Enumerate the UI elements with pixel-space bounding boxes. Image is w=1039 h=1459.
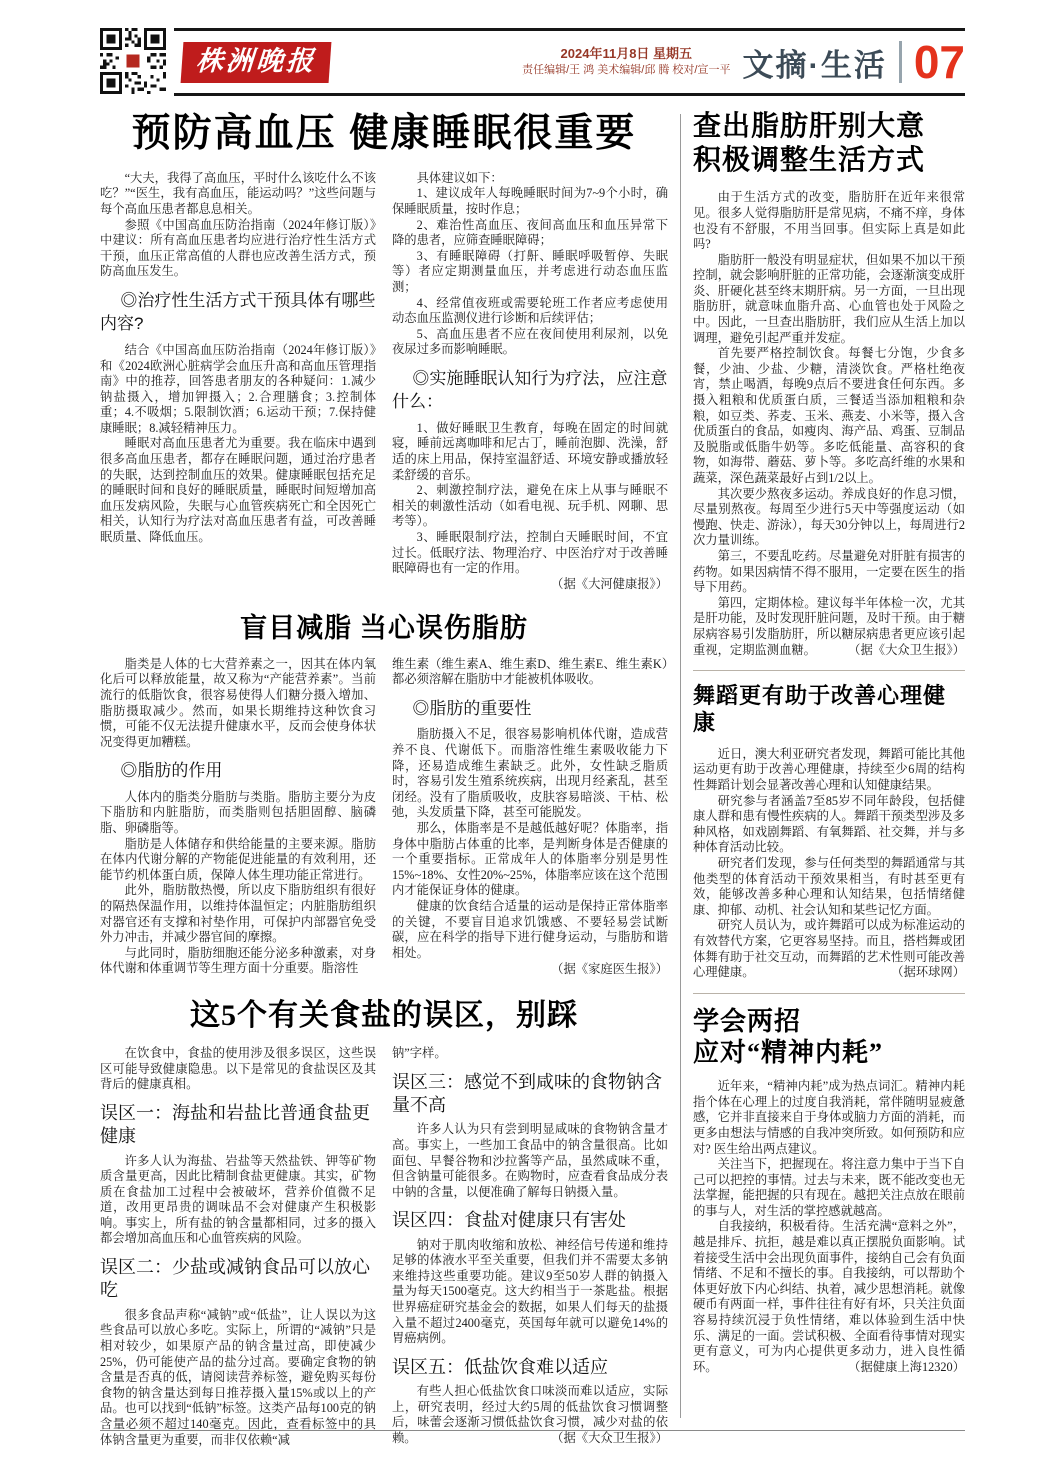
- article-title-line1: 查出脂肪肝别大意: [693, 110, 965, 144]
- paragraph: 睡眠对高血压患者尤为重要。我在临床中遇到很多高血压患者，都存在睡眠问题，通过治疗…: [100, 436, 376, 545]
- paragraph: 关注当下，把握现在。将注意力集中于当下自己可以把控的事情。过去与未来，既不能改变…: [693, 1157, 965, 1219]
- header-rule-band: 株洲晚报 2024年11月8日 星期五 责任编辑/王 鸿 美术编辑/邱 腾 校对…: [174, 28, 965, 96]
- vertical-column-divider: [680, 114, 681, 1418]
- paragraph: 3、有睡眠障碍（打鼾、睡眠呼吸暂停、失眠等）者应定期测量血压，并考虑进行动态血压…: [392, 249, 668, 296]
- article-title: 查出脂肪肝别大意 积极调整生活方式: [693, 110, 965, 178]
- paragraph: 3、睡眠限制疗法，控制白天睡眠时间，不宜过长。低眠疗法、物理治疗、中医治疗对于改…: [392, 530, 668, 577]
- credits-text: 责任编辑/王 鸿 美术编辑/邱 腾 校对/宣一平: [522, 63, 730, 79]
- attribution: （据健康上海12320）: [824, 1360, 965, 1376]
- paragraph: 有些人担心低盐饮食口味淡而难以适应，实际上，研究表明，经过大约5周的低盐饮食习惯…: [392, 1384, 668, 1446]
- paragraph: 脂类是人体的七大营养素之一，因其在体内氧化后可以释放能量，故又称为“产能营养素”…: [100, 657, 376, 751]
- article-column-2: 具体建议如下：1、建议成年人每晚睡眠时间为7~9个小时，确保睡眠质量，按时作息；…: [392, 171, 668, 593]
- masthead-logo: 株洲晚报: [181, 42, 332, 83]
- paragraph: 首先要严格控制饮食。每餐七分饱，少食多餐，少油、少盐、少糖，清淡饮食。严格杜绝夜…: [693, 346, 965, 486]
- paragraph: 参照《中国高血压防治指南（2024年修订版）》中建议：所有高血压患者均应进行治疗…: [100, 218, 376, 280]
- section-divider-bar: [899, 41, 902, 83]
- attribution: （据《大众卫生报》）: [527, 1431, 668, 1447]
- article-title-line2: 应对“精神内耗”: [693, 1037, 965, 1069]
- paragraph: 2、难治性高血压、夜间高血压和血压异常下降的患者，应筛查睡眠障碍；: [392, 218, 668, 249]
- paragraph: 很多食品声称“减钠”或“低盐”，让人误以为这些食品可以放心多吃。实际上，所谓的“…: [100, 1308, 376, 1448]
- article-column-2: 维生素（维生素A、维生素D、维生素E、维生素K）都必须溶解在脂肪中才能被机体吸收…: [392, 657, 668, 978]
- paragraph: 由于生活方式的改变，脂肪肝在近年来很常见。很多人觉得脂肪肝是常见病，不痛不痒，身…: [693, 190, 965, 252]
- misconception-subhead: 误区一：海盐和岩盐比普通食盐更健康: [100, 1102, 376, 1149]
- page-number: 07: [914, 39, 965, 85]
- misconception-subhead: 误区三：感觉不到咸味的食物钠含量不高: [392, 1071, 668, 1118]
- section-subhead: ◎脂肪的作用: [100, 759, 376, 782]
- paragraph: 第四，定期体检。建议每半年体检一次，尤其是肝功能，及时发现肝脏问题，及时干预。由…: [693, 596, 965, 658]
- paragraph: 4、经常值夜班或需要轮班工作者应考虑使用动态血压监测仪进行诊断和后续评估；: [392, 296, 668, 327]
- article-column-1: 在饮食中，食盐的使用涉及很多误区，这些误区可能导致健康隐患。以下是常见的食盐误区…: [100, 1046, 376, 1448]
- header-right-group: 2024年11月8日 星期五 责任编辑/王 鸿 美术编辑/邱 腾 校对/宣一平 …: [522, 39, 965, 85]
- section-title: 文摘·生活: [743, 40, 887, 85]
- attribution: （据《家庭医生报》）: [392, 962, 668, 978]
- article-title: 舞蹈更有助于改善心理健康: [693, 683, 965, 737]
- misconception-subhead: 误区五：低盐饮食难以适应: [392, 1356, 668, 1379]
- paragraph-continuation: 维生素（维生素A、维生素D、维生素E、维生素K）都必须溶解在脂肪中才能被机体吸收…: [392, 657, 668, 688]
- paragraph: 研究者们发现，参与任何类型的舞蹈通常与其他类型的体育活动干预效果相当，有时甚至更…: [693, 856, 965, 918]
- article-columns: 在饮食中，食盐的使用涉及很多误区，这些误区可能导致健康隐患。以下是常见的食盐误区…: [100, 1046, 668, 1448]
- article-mental-friction: 学会两招 应对“精神内耗” 近年来，“精神内耗”成为热点词汇。精神内耗指个体在心…: [693, 1006, 965, 1376]
- article-body: 由于生活方式的改变，脂肪肝在近年来很常见。很多人觉得脂肪肝是常见病，不痛不痒，身…: [693, 190, 965, 658]
- paragraph-continuation: 钠”字样。: [392, 1046, 668, 1062]
- paragraph: 自我接纳，积极看待。生活充满“意料之外”，越是排斥、抗拒，越是难以真正摆脱负面影…: [693, 1219, 965, 1375]
- article-dance-mental-health: 舞蹈更有助于改善心理健康 近日，澳大利亚研究者发现，舞蹈可能比其他运动更有助于改…: [693, 683, 965, 981]
- paragraph: 5、高血压患者不应在夜间使用利尿剂，以免夜尿过多而影响睡眠。: [392, 327, 668, 358]
- paragraph: 具体建议如下：: [392, 171, 668, 187]
- paragraph: 钠对于肌肉收缩和放松、神经信号传递和维持足够的体液水平至关重要，但我们并不需要太…: [392, 1238, 668, 1347]
- paragraph: 脂肪肝一般没有明显症状，但如果不加以干预控制，就会影响肝脏的正常功能，会逐渐演变…: [693, 253, 965, 347]
- page-header: 株洲晚报 2024年11月8日 星期五 责任编辑/王 鸿 美术编辑/邱 腾 校对…: [100, 28, 965, 96]
- paragraph: “大夫，我得了高血压，平时什么该吃什么不该吃？”“医生，我有高血压，能运动吗？”…: [100, 171, 376, 218]
- paragraph: 1、做好睡眠卫生教育，每晚在固定的时间就寝，睡前远离咖啡和尼古丁，睡前泡脚、洗澡…: [392, 421, 668, 483]
- article-title: 这5个有关食盐的误区，别踩: [100, 998, 668, 1034]
- article-title: 学会两招 应对“精神内耗”: [693, 1006, 965, 1069]
- paragraph: 研究参与者涵盖7至85岁不同年龄段，包括健康人群和患有慢性疾病的人。舞蹈干预类型…: [693, 794, 965, 856]
- paragraph: 脂肪是人体储存和供给能量的主要来源。脂肪在体内代谢分解的产物能促进能量的有效利用…: [100, 837, 376, 884]
- article-salt-myths: 这5个有关食盐的误区，别踩 在饮食中，食盐的使用涉及很多误区，这些误区可能导致健…: [100, 998, 668, 1448]
- article-fatty-liver: 查出脂肪肝别大意 积极调整生活方式 由于生活方式的改变，脂肪肝在近年来很常见。很…: [693, 110, 965, 658]
- attribution: （据《大河健康报》）: [527, 577, 668, 593]
- footer-rule: [100, 1430, 965, 1431]
- paragraph: 脂肪摄入不足，很容易影响机体代谢，造成营养不良、代谢低下。而脂溶性维生素吸收能力…: [392, 727, 668, 821]
- article-title-line1: 学会两招: [693, 1006, 965, 1038]
- date-text: 2024年11月8日 星期五: [522, 45, 730, 64]
- section-subhead: ◎脂肪的重要性: [392, 697, 668, 720]
- article-title-line2: 积极调整生活方式: [693, 144, 965, 178]
- left-region: 预防高血压 健康睡眠很重要 “大夫，我得了高血压，平时什么该吃什么不该吃？”“医…: [100, 110, 668, 1448]
- paragraph: 研究人员认为，或许舞蹈可以成为标准运动的有效替代方案，它更容易坚持。而且，搭档舞…: [693, 918, 965, 980]
- paragraph: 2、刺激控制疗法，避免在床上从事与睡眠不相关的刺激性活动（如看电视、玩手机、网聊…: [392, 483, 668, 530]
- paragraph: 许多人认为只有尝到明显咸味的食物钠含量才高。事实上，一些加工食品中的钠含量很高。…: [392, 1122, 668, 1200]
- attribution: （据环球网）: [867, 965, 965, 981]
- article-columns: “大夫，我得了高血压，平时什么该吃什么不该吃？”“医生，我有高血压，能运动吗？”…: [100, 171, 668, 593]
- page-content: 预防高血压 健康睡眠很重要 “大夫，我得了高血压，平时什么该吃什么不该吃？”“医…: [100, 110, 965, 1448]
- edition-meta: 2024年11月8日 星期五 责任编辑/王 鸿 美术编辑/邱 腾 校对/宣一平: [522, 45, 730, 80]
- section-subhead: ◎实施睡眠认知行为疗法，应注意什么：: [392, 367, 668, 414]
- horizontal-divider: [693, 670, 965, 671]
- paragraph: 第三，不要乱吃药。尽量避免对肝脏有损害的药物。如果因病情不得不服用，一定要在医生…: [693, 549, 965, 596]
- article-body: 近年来，“精神内耗”成为热点词汇。精神内耗指个体在心理上的过度自我消耗，常伴随明…: [693, 1079, 965, 1375]
- paragraph: 许多人认为海盐、岩盐等天然盐铁、钾等矿物质含量更高，因此比精制食盐更健康。其实，…: [100, 1154, 376, 1248]
- paragraph: 其次要少熬夜多运动。养成良好的作息习惯，尽量别熬夜。每周至少进行5天中等强度运动…: [693, 487, 965, 549]
- newspaper-page: 株洲晚报 2024年11月8日 星期五 责任编辑/王 鸿 美术编辑/邱 腾 校对…: [0, 0, 1039, 1459]
- horizontal-divider: [693, 993, 965, 994]
- article-title: 预防高血压 健康睡眠很重要: [100, 112, 668, 157]
- paragraph: 1、建议成年人每晚睡眠时间为7~9个小时，确保睡眠质量，按时作息；: [392, 186, 668, 217]
- paragraph: 近日，澳大利亚研究者发现，舞蹈可能比其他运动更有助于改善心理健康，持续至少6周的…: [693, 747, 965, 794]
- qr-code-icon: [100, 28, 166, 94]
- article-columns: 脂类是人体的七大营养素之一，因其在体内氧化后可以释放能量，故又称为“产能营养素”…: [100, 657, 668, 978]
- paragraph: 此外，脂肪散热慢，所以皮下脂肪组织有很好的隔热保温作用，以维持体温恒定；内脏脂肪…: [100, 883, 376, 945]
- paragraph: 人体内的脂类分脂肪与类脂。脂肪主要分为皮下脂肪和内脏脂肪，而类脂则包括胆固醇、脑…: [100, 790, 376, 837]
- article-column-1: “大夫，我得了高血压，平时什么该吃什么不该吃？”“医生，我有高血压，能运动吗？”…: [100, 171, 376, 593]
- paragraph: 结合《中国高血压防治指南（2024年修订版）》和《2024欧洲心脏病学会血压升高…: [100, 343, 376, 437]
- paragraph: 近年来，“精神内耗”成为热点词汇。精神内耗指个体在心理上的过度自我消耗，常伴随明…: [693, 1079, 965, 1157]
- section-subhead: ◎治疗性生活方式干预具体有哪些内容?: [100, 289, 376, 336]
- article-title: 盲目减脂 当心误伤脂肪: [100, 612, 668, 644]
- paragraph: 健康的饮食结合适量的运动是保持正常体脂率的关键，不要盲目追求饥饿感、不要轻易尝试…: [392, 899, 668, 961]
- article-hypertension-sleep: 预防高血压 健康睡眠很重要 “大夫，我得了高血压，平时什么该吃什么不该吃？”“医…: [100, 112, 668, 592]
- misconception-subhead: 误区二：少盐或减钠食品可以放心吃: [100, 1256, 376, 1303]
- article-body: 近日，澳大利亚研究者发现，舞蹈可能比其他运动更有助于改善心理健康，持续至少6周的…: [693, 747, 965, 981]
- article-column-2: 钠”字样。误区三：感觉不到咸味的食物钠含量不高许多人认为只有尝到明显咸味的食物钠…: [392, 1046, 668, 1448]
- paragraph: 与此同时，脂肪细胞还能分泌多种激素，对身体代谢和体重调节等生理方面十分重要。脂溶…: [100, 946, 376, 977]
- paragraph: 那么，体脂率是不是越低越好呢？体脂率，指身体中脂肪占体重的比率，是判断身体是否健…: [392, 821, 668, 899]
- right-region: 查出脂肪肝别大意 积极调整生活方式 由于生活方式的改变，脂肪肝在近年来很常见。很…: [693, 110, 965, 1448]
- misconception-subhead: 误区四：食盐对健康只有害处: [392, 1209, 668, 1232]
- article-fat-loss: 盲目减脂 当心误伤脂肪 脂类是人体的七大营养素之一，因其在体内氧化后可以释放能量…: [100, 612, 668, 978]
- article-column-1: 脂类是人体的七大营养素之一，因其在体内氧化后可以释放能量，故又称为“产能营养素”…: [100, 657, 376, 978]
- paragraph: 在饮食中，食盐的使用涉及很多误区，这些误区可能导致健康隐患。以下是常见的食盐误区…: [100, 1046, 376, 1093]
- attribution: （据《大众卫生报》）: [824, 643, 965, 659]
